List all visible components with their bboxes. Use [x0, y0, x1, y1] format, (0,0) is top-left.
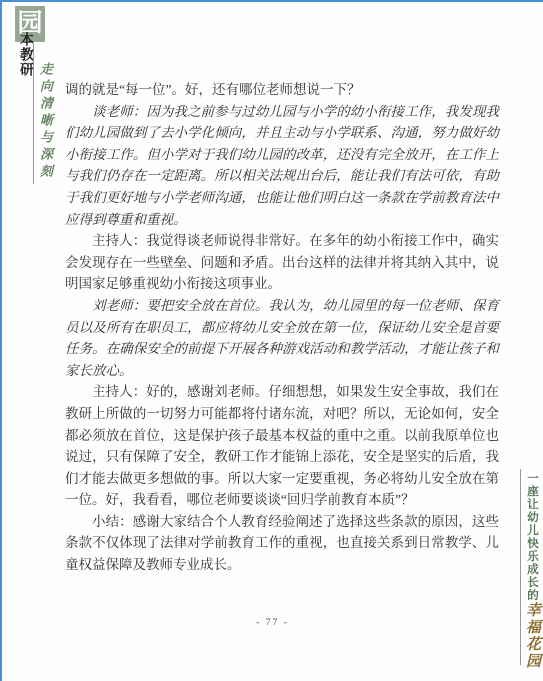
paragraph-moderator-1: 主持人：我觉得谈老师说得非常好。在多年的幼小衔接工作中，确实会发现存在一些壁垒、… [65, 230, 499, 295]
logo-slogan: 走向清晰与深刻 [36, 62, 55, 181]
body-text: 调的就是“每一位”。好，还有哪位老师想说一下？ 谈老师：因为我之前参与过幼儿园与… [65, 79, 499, 576]
motto-brown-text: 幸福花园 [524, 602, 540, 670]
paragraph-teacher-liu: 刘老师：要把安全放在首位。我认为，幼儿园里的每一位老师、保育员以及所有在职员工，… [65, 295, 499, 381]
logo-divider-line [33, 43, 34, 184]
right-margin-motto: 一座让幼儿快乐成长的幸福花园 [522, 472, 543, 670]
right-margin-divider-line [520, 469, 521, 665]
paragraph-summary: 小结：感谢大家结合个人教育经验阐述了选择这些条款的原因，这些条款不仅体现了法律对… [65, 511, 499, 576]
paragraph-continuation: 调的就是“每一位”。好，还有哪位老师想说一下？ [65, 79, 499, 101]
page-number: - 77 - [2, 618, 543, 628]
book-page: 园 本教研 走向清晰与深刻 调的就是“每一位”。好，还有哪位老师想说一下？ 谈老… [0, 0, 543, 681]
paragraph-moderator-2: 主持人：好的，感谢刘老师。仔细想想，如果发生安全事故，我们在教研上所做的一切努力… [65, 381, 499, 511]
logo-vertical-title: 本教研 [15, 32, 35, 77]
paragraph-teacher-tan: 谈老师：因为我之前参与过幼儿园与小学的幼小衔接工作，我发现我们幼儿园做到了去小学… [65, 101, 499, 231]
motto-green-text: 一座让幼儿快乐成长的 [526, 472, 538, 602]
